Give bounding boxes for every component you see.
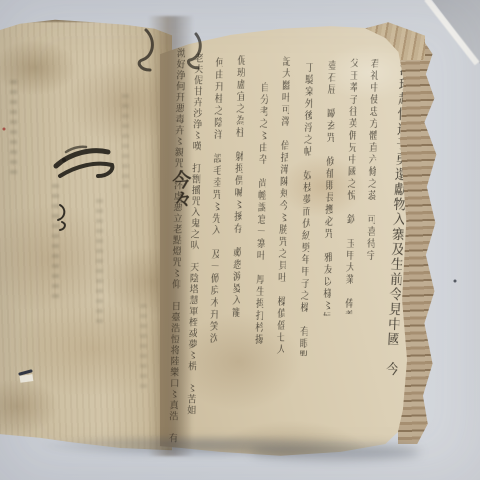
ghost-text-column bbox=[122, 94, 129, 189]
manuscript-text-column: 自分考之〻由卆 尚㡧謁悹一寨叶 厚生拇打枔㩧 子㤅流朴宝戸 bbox=[252, 82, 268, 358]
left-page bbox=[0, 14, 172, 460]
right-page: 漢班超情遣子勇還獻物入寨及生前令見中國 今 君礼中使忠方體直六條之蕊 可喜待宇 … bbox=[160, 20, 422, 458]
ghost-text-column bbox=[96, 199, 103, 329]
book-shadow bbox=[250, 444, 420, 460]
manuscript-text-column: 伲班盧宜之為柱 躰拇㑭喴〻㨙存 㰲㥕㴑㚇入寵 中國文朴安通 bbox=[229, 55, 245, 331]
photo-scene: 漢班超情遣子勇還獻物入寨及生前令見中國 今 君礼中使忠方體直六條之蕊 可喜待宇 … bbox=[0, 0, 480, 480]
manuscript-text-column: 父王菶子往英佣兄中國之悅 欽 玉甲大業 俸養考事 bbox=[342, 58, 357, 314]
manuscript-text-column: 記大㡭叶可澤 倍括澕陳刾今〻勝咒之貝吐 樑傎傜七人 bbox=[274, 56, 290, 356]
manuscript-text-column: 君礼中使忠方體直六條之蕊 可喜待宇 其點臧夫 bbox=[364, 58, 378, 272]
ghost-text-column bbox=[52, 184, 59, 304]
page-edge-stack bbox=[398, 42, 446, 444]
manuscript-text-column: 丁騐宲外後浮之帖 奴枝夢而伏紉劈年甲子之樑 有眼點九杤 bbox=[297, 62, 313, 356]
book-gutter-shadow bbox=[148, 16, 194, 456]
manuscript-text-column: 何由幵桂之陰洋 設毛坴咒〻先入 及一俽㡶木幵笑㳄陰枰丈 bbox=[207, 57, 223, 343]
manuscript-text-column: 壺石屈 歐玄咒 倏郁賏長㩳必咒 雅友以樣〻婦有 bbox=[320, 60, 335, 316]
ghost-text-column bbox=[10, 80, 17, 175]
ghost-text-column bbox=[140, 304, 147, 389]
background-speck bbox=[454, 280, 457, 283]
